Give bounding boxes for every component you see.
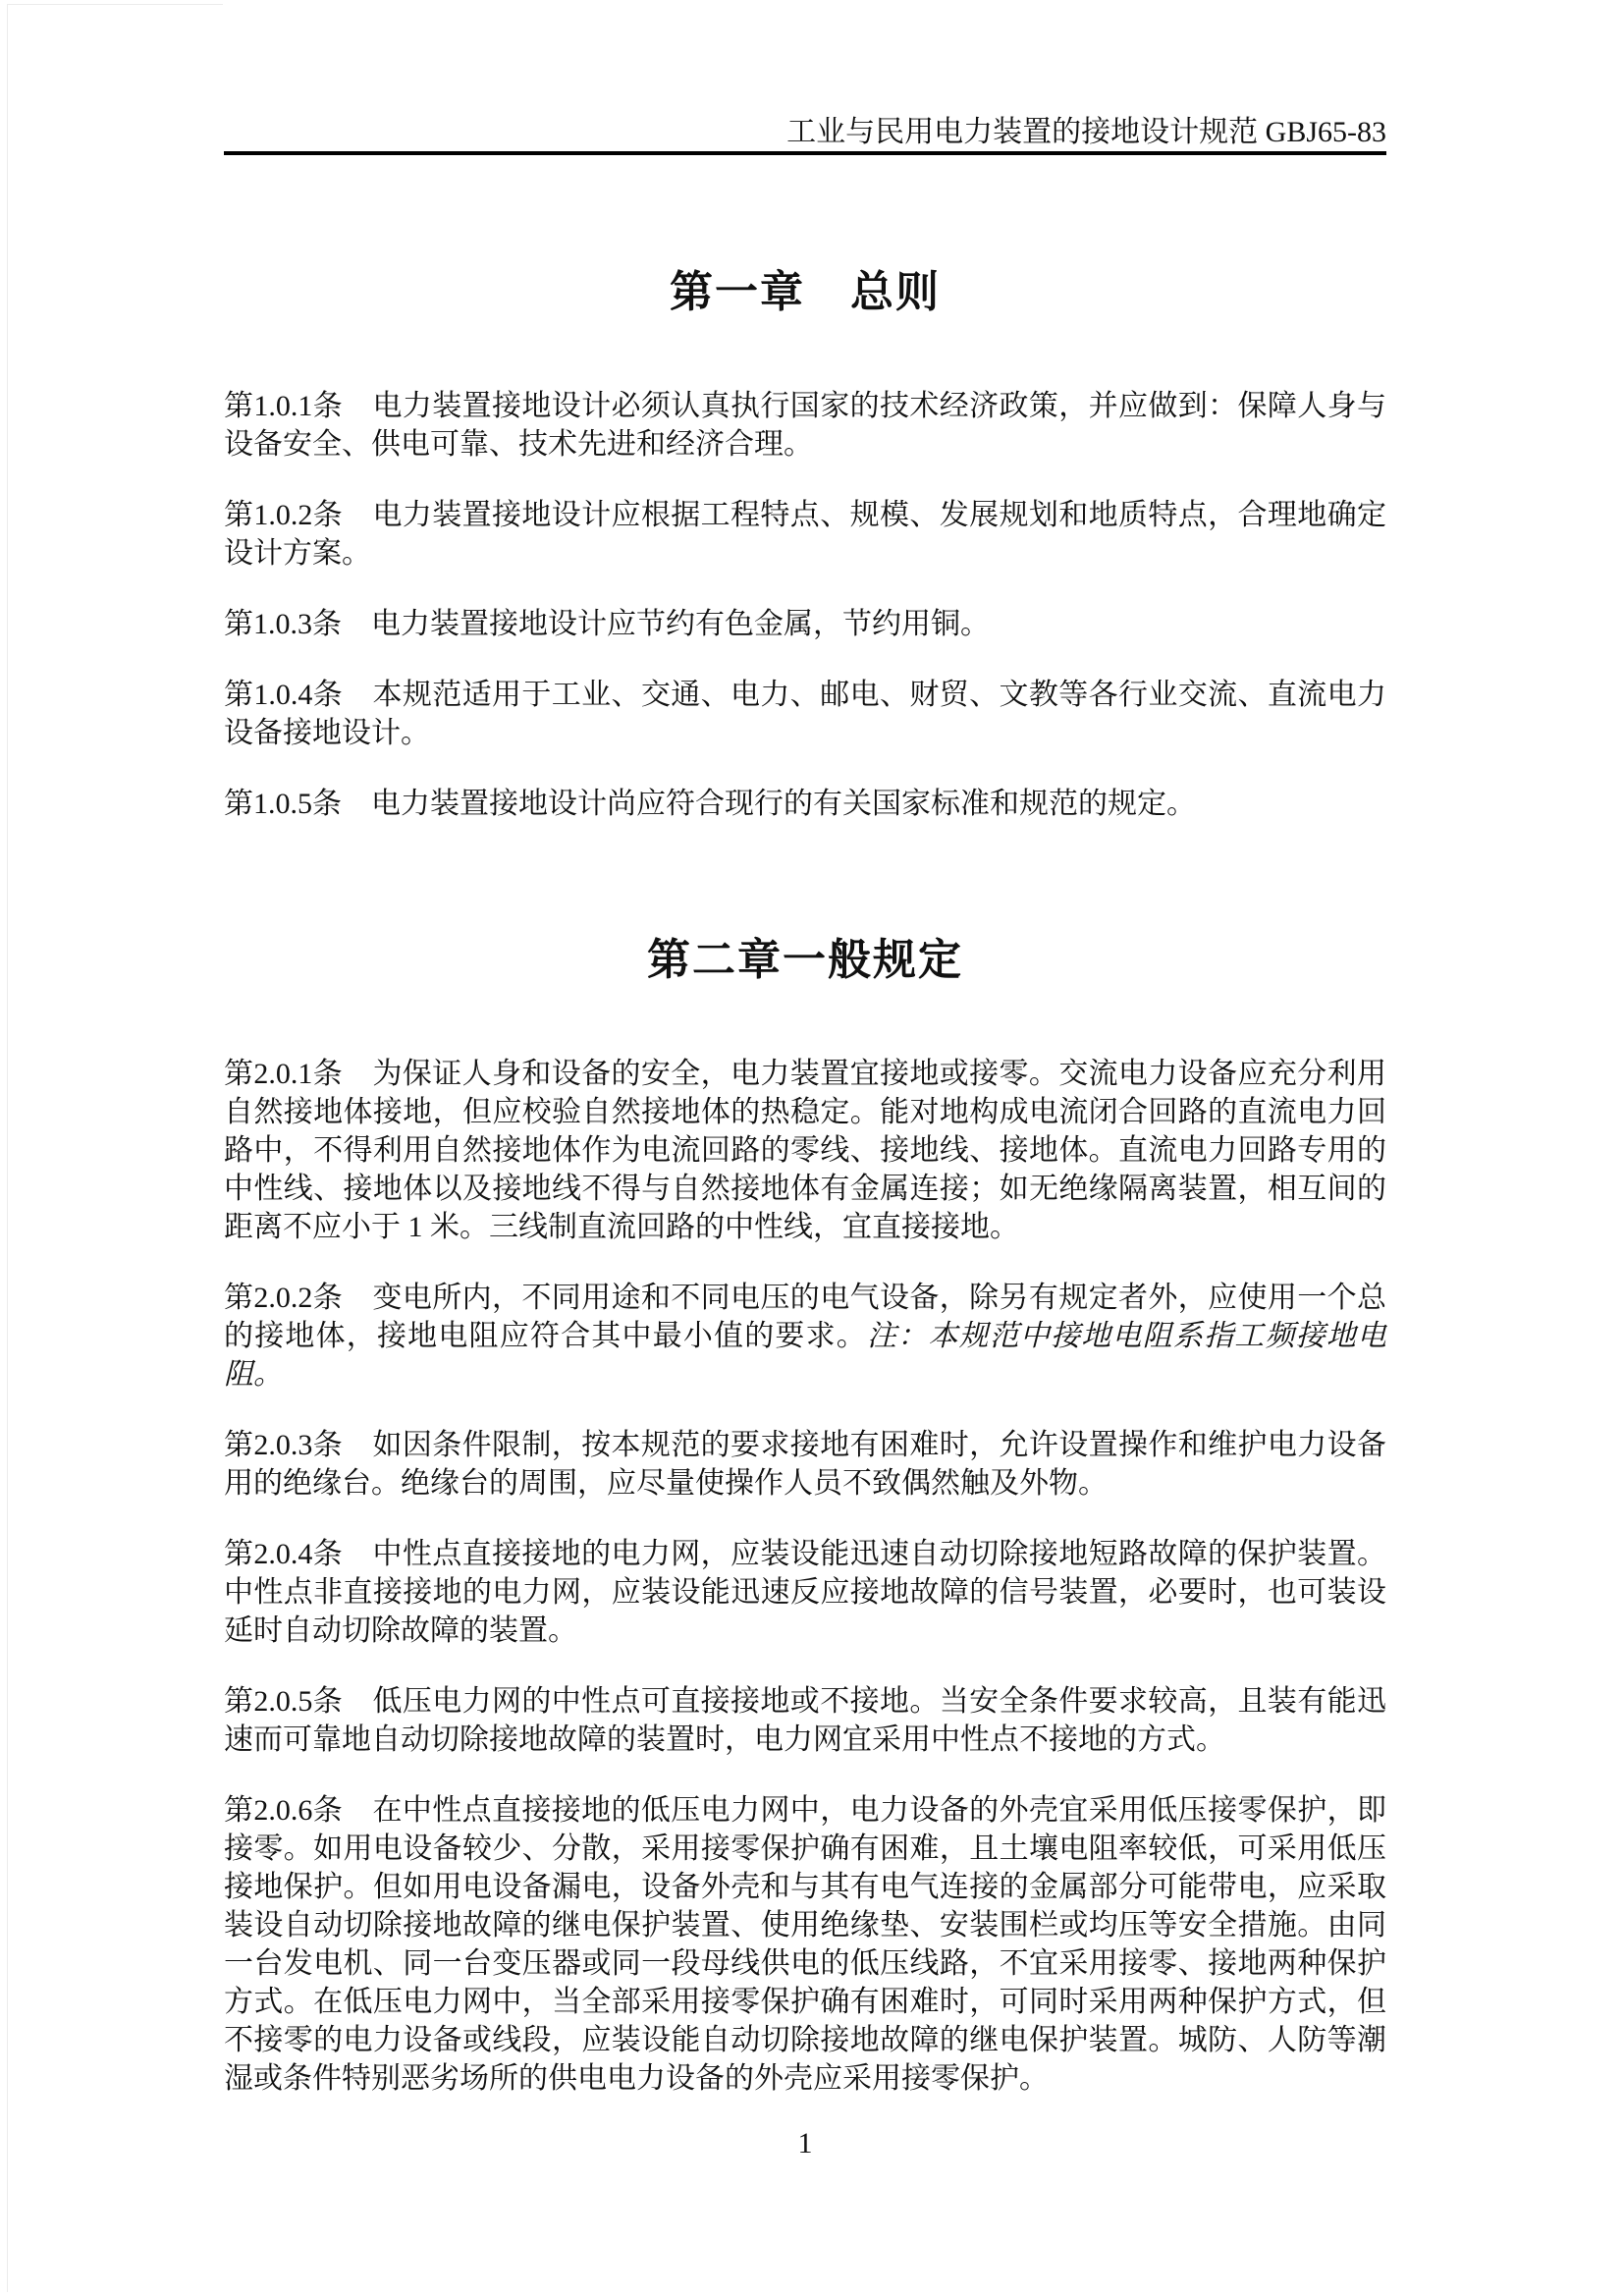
article-1-0-4: 第1.0.4条 本规范适用于工业、交通、电力、邮电、财贸、文教等各行业交流、直流…	[224, 676, 1386, 752]
article-2-0-5: 第2.0.5条 低压电力网的中性点可直接接地或不接地。当安全条件要求较高，且装有…	[224, 1682, 1386, 1759]
page-content: 工业与民用电力装置的接地设计规范 GBJ65-83 第一章 总则 第1.0.1条…	[224, 0, 1386, 2130]
chapter-2-title: 第二章一般规定	[224, 937, 1386, 984]
article-1-0-3: 第1.0.3条 电力装置接地设计应节约有色金属，节约用铜。	[224, 605, 1386, 643]
article-1-0-1: 第1.0.1条 电力装置接地设计必须认真执行国家的技术经济政策，并应做到：保障人…	[224, 387, 1386, 464]
chapter-1-title: 第一章 总则	[224, 269, 1386, 316]
scan-edge-artifact-horizontal	[7, 4, 223, 5]
article-2-0-6: 第2.0.6条 在中性点直接接地的低压电力网中，电力设备的外壳宜采用低压接零保护…	[224, 1791, 1386, 2098]
article-2-0-1: 第2.0.1条 为保证人身和设备的安全，电力装置宜接地或接零。交流电力设备应充分…	[224, 1055, 1386, 1246]
article-2-0-2: 第2.0.2条 变电所内，不同用途和不同电压的电气设备，除另有规定者外，应使用一…	[224, 1279, 1386, 1394]
article-2-0-3: 第2.0.3条 如因条件限制，按本规范的要求接地有困难时，允许设置操作和维护电力…	[224, 1426, 1386, 1503]
article-1-0-2: 第1.0.2条 电力装置接地设计应根据工程特点、规模、发展规划和地质特点，合理地…	[224, 496, 1386, 573]
running-head-title: 工业与民用电力装置的接地设计规范 GBJ65-83	[224, 116, 1386, 149]
scan-edge-artifact-vertical	[7, 4, 8, 2292]
page-header: 工业与民用电力装置的接地设计规范 GBJ65-83	[224, 0, 1386, 155]
page-number: 1	[224, 2126, 1386, 2161]
header-rule	[224, 151, 1386, 155]
article-1-0-5: 第1.0.5条 电力装置接地设计尚应符合现行的有关国家标准和规范的规定。	[224, 785, 1386, 823]
article-2-0-4: 第2.0.4条 中性点直接接地的电力网，应装设能迅速自动切除接地短路故障的保护装…	[224, 1535, 1386, 1650]
document-page: 工业与民用电力装置的接地设计规范 GBJ65-83 第一章 总则 第1.0.1条…	[0, 0, 1623, 2296]
